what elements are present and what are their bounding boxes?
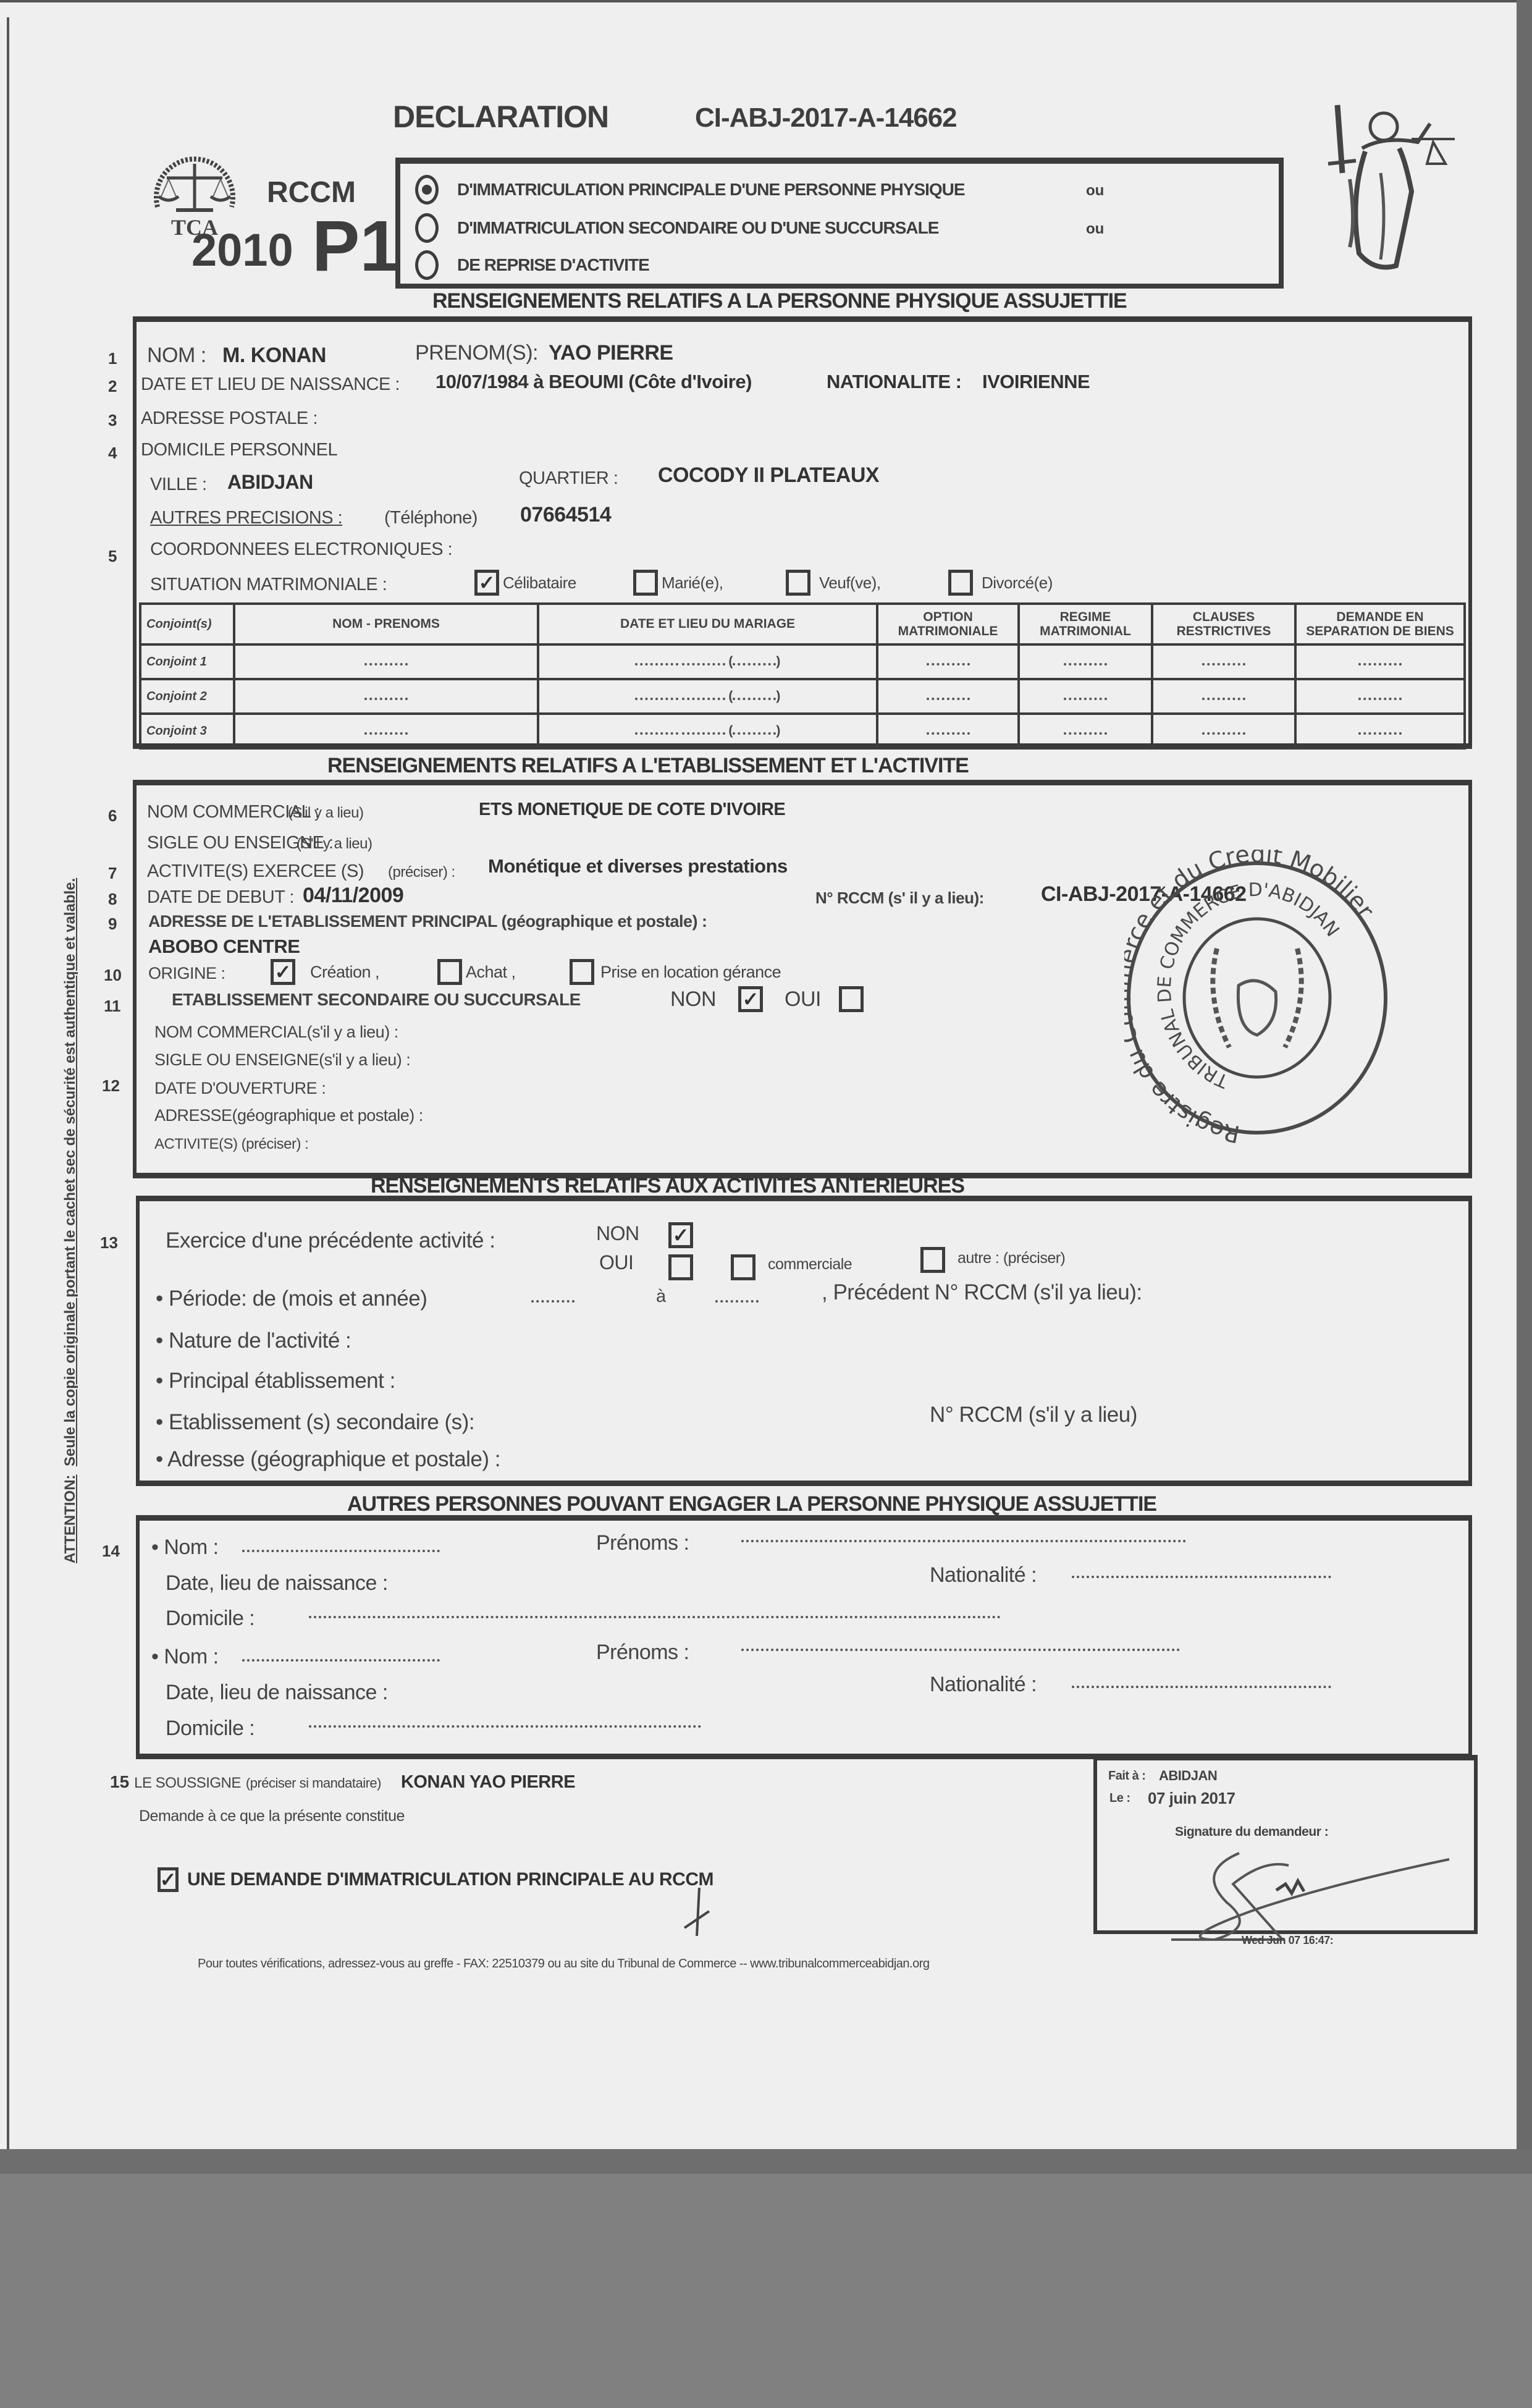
le-label: Le :	[1109, 1791, 1130, 1806]
prenoms-label: PRENOM(S):	[415, 341, 538, 365]
telephone-value: 07664514	[520, 503, 611, 527]
ville-label: VILLE :	[150, 475, 207, 495]
personne1-nom-label: • Nom :	[151, 1536, 219, 1560]
option-secondaire[interactable]: D'IMMATRICULATION SECONDAIRE OU D'UNE SU…	[415, 213, 938, 243]
personne1-nationalite-label: Nationalité :	[930, 1563, 1037, 1587]
checkbox-empty-icon[interactable]	[948, 570, 973, 596]
checkbox-creation[interactable]: ✓ Création ,	[271, 959, 379, 985]
soussigne-label: LE SOUSSIGNE	[134, 1775, 241, 1792]
line-number: 7	[108, 864, 117, 883]
checkbox-celibataire[interactable]: ✓ Célibataire	[474, 570, 576, 596]
periode-label: • Période: de (mois et année)	[156, 1286, 427, 1311]
table-header-row: Conjoint(s) NOM - PRENOMS DATE ET LIEU D…	[140, 604, 1465, 644]
adresse-etablissement-label: ADRESSE DE L'ETABLISSEMENT PRINCIPAL (gé…	[148, 912, 707, 931]
scan-right-edge	[1517, 0, 1532, 2169]
radio-selected-icon[interactable]	[415, 175, 439, 205]
date-debut-value: 04/11/2009	[303, 884, 403, 908]
personne2-nationalite-label: Nationalité :	[930, 1673, 1037, 1697]
exercice-label: Exercice d'une précédente activité :	[166, 1228, 495, 1253]
checkbox-empty-icon[interactable]	[437, 959, 462, 985]
demande-label: Demande à ce que la présente constitue	[139, 1807, 405, 1825]
naissance-value: 10/07/1984 à BEOUMI (Côte d'Ivoire)	[436, 371, 752, 393]
option-ou: ou	[1086, 221, 1104, 238]
commerciale-label: commerciale	[768, 1256, 852, 1274]
precedent-rccm-label: , Précédent N° RCCM (s'il ya lieu):	[822, 1280, 1142, 1305]
scan-top-edge	[0, 0, 1532, 2]
personne2-nom-label: • Nom :	[151, 1645, 219, 1669]
nationalite-value: IVOIRIENNE	[982, 371, 1090, 393]
secondaire-anterieur-label: • Etablissement (s) secondaire (s):	[156, 1410, 474, 1435]
soussigne-row: 15 LE SOUSSIGNE (préciser si mandataire)…	[110, 1772, 575, 1793]
sec-nom-commercial-label: NOM COMMERCIAL(s'il y a lieu) :	[154, 1023, 398, 1042]
sec-sigle-label: SIGLE OU ENSEIGNE(s'il y a lieu) :	[154, 1050, 410, 1070]
periode-to-blank	[715, 1300, 759, 1303]
form-year: 2010	[192, 224, 293, 276]
activite-value: Monétique et diverses prestations	[488, 855, 788, 877]
personne2-prenoms-blank	[741, 1649, 1180, 1651]
scan-left-edge	[7, 17, 9, 2149]
svg-text:TRIBUNAL DE COMMERCE D'ABIDJAN: TRIBUNAL DE COMMERCE D'ABIDJAN	[1154, 879, 1344, 1092]
periode-a-label: à	[656, 1286, 666, 1307]
table-row: Conjoint 1 ()	[140, 644, 1465, 679]
personne2-prenoms-label: Prénoms :	[596, 1641, 689, 1665]
checkbox-checked-icon[interactable]: ✓	[474, 570, 499, 596]
personne2-nationalite-blank	[1072, 1686, 1331, 1688]
sec-activite-label: ACTIVITE(S) (préciser) :	[154, 1136, 308, 1153]
section-heading-etablissement: RENSEIGNEMENTS RELATIFS A L'ETABLISSEMEN…	[327, 754, 969, 778]
checkbox-secondaire-oui[interactable]	[839, 986, 864, 1012]
personne1-domicile-blank	[309, 1616, 1001, 1618]
line-number: 8	[108, 890, 117, 909]
section-heading-autres-personnes: AUTRES PERSONNES POUVANT ENGAGER LA PERS…	[347, 1492, 1156, 1516]
document-page: DECLARATION CI-ABJ-2017-A-14662 TCA RCCM…	[0, 0, 1517, 2169]
spouse-table: Conjoint(s) NOM - PRENOMS DATE ET LIEU D…	[139, 602, 1466, 750]
checkbox-divorce[interactable]: Divorcé(e)	[948, 570, 1053, 596]
nom-value: M. KONAN	[222, 344, 326, 368]
signature-timestamp: Wed Jun 07 16:47:	[1242, 1934, 1333, 1947]
anterieure-oui-label: OUI	[599, 1251, 633, 1274]
sigle-hint: (S'il y a lieu)	[297, 835, 372, 853]
section-heading-personne: RENSEIGNEMENTS RELATIFS A LA PERSONNE PH…	[432, 289, 1127, 313]
matrimoniale-label: SITUATION MATRIMONIALE :	[150, 575, 387, 595]
nature-label: • Nature de l'activité :	[156, 1329, 351, 1353]
nationalite-label: NATIONALITE :	[827, 371, 962, 393]
electroniques-label: COORDONNEES ELECTRONIQUES :	[150, 539, 452, 560]
sec-date-ouverture-label: DATE D'OUVERTURE :	[154, 1079, 326, 1098]
personne1-naissance-label: Date, lieu de naissance :	[166, 1571, 388, 1595]
adresse-anterieure-label: • Adresse (géographique et postale) :	[156, 1447, 500, 1472]
line-number: 2	[108, 377, 117, 396]
footer-note: Pour toutes vérifications, adressez-vous…	[198, 1957, 930, 1971]
checkbox-checked-icon[interactable]: ✓	[158, 1867, 179, 1892]
autre-label: autre : (préciser)	[958, 1249, 1065, 1267]
quartier-value: COCODY II PLATEAUX	[658, 463, 879, 488]
adresse-postale-label: ADRESSE POSTALE :	[141, 408, 318, 429]
line-number: 11	[104, 997, 121, 1016]
checkbox-empty-icon[interactable]	[633, 570, 658, 596]
checkbox-veuf[interactable]: Veuf(ve),	[786, 570, 881, 596]
personne1-prenoms-blank	[741, 1540, 1186, 1542]
document-reference: CI-ABJ-2017-A-14662	[695, 103, 957, 133]
personne1-nationalite-blank	[1072, 1576, 1331, 1578]
date-debut-label: DATE DE DEBUT :	[147, 887, 294, 908]
lady-justice-icon	[1313, 99, 1455, 278]
naissance-label: DATE ET LIEU DE NAISSANCE :	[141, 374, 400, 395]
personne1-domicile-label: Domicile :	[166, 1607, 255, 1631]
table-row: Conjoint 2 ()	[140, 679, 1465, 714]
line-number: 1	[108, 349, 117, 368]
adresse-etablissement-value: ABOBO CENTRE	[148, 936, 300, 958]
checkbox-secondaire-non[interactable]: ✓	[738, 986, 763, 1012]
option-principale[interactable]: D'IMMATRICULATION PRINCIPALE D'UNE PERSO…	[415, 175, 965, 205]
line-number: 10	[104, 966, 122, 985]
checkbox-autre[interactable]	[920, 1247, 945, 1273]
soussigne-hint: (préciser si mandataire)	[246, 1775, 381, 1791]
nom-commercial-value: ETS MONETIQUE DE COTE D'IVOIRE	[479, 800, 785, 820]
checkbox-anterieure-oui[interactable]	[668, 1254, 693, 1280]
tribunal-stamp-icon: Registre du Commerce et du Crédit Mobili…	[1124, 850, 1390, 1146]
activite-hint: (préciser) :	[388, 864, 455, 881]
quartier-label: QUARTIER :	[519, 468, 618, 489]
activite-label: ACTIVITE(S) EXERCEE (S)	[147, 861, 364, 882]
line-number: 6	[108, 806, 117, 826]
origine-label: ORIGINE :	[148, 964, 225, 983]
form-code: P1	[312, 210, 400, 282]
secondaire-non-label: NON	[670, 987, 716, 1012]
le-value: 07 juin 2017	[1148, 1789, 1235, 1808]
secondaire-label: ETABLISSEMENT SECONDAIRE OU SUCCURSALE	[172, 990, 581, 1010]
nom-commercial-hint: (S'il y a lieu)	[288, 805, 363, 822]
soussigne-value: KONAN YAO PIERRE	[401, 1772, 575, 1793]
scan-bottom-band	[0, 2149, 1532, 2174]
line-number: 13	[100, 1233, 118, 1253]
prenoms-value: YAO PIERRE	[549, 341, 673, 365]
checkbox-marie[interactable]: Marié(e),	[633, 570, 723, 596]
table-row: Conjoint 3 ()	[140, 714, 1465, 748]
declaration-type-box: D'IMMATRICULATION PRINCIPALE D'UNE PERSO…	[395, 158, 1284, 289]
rccm-anterieur-label: N° RCCM (s'il y a lieu)	[930, 1403, 1137, 1427]
principal-label: • Principal établissement :	[156, 1369, 395, 1393]
line-number: 3	[108, 411, 117, 430]
personne2-nom-blank	[242, 1659, 440, 1662]
autres-precisions-label: AUTRES PRECISIONS :	[150, 508, 342, 528]
option-reprise[interactable]: DE REPRISE D'ACTIVITE	[415, 250, 649, 280]
line-number: 14	[102, 1542, 120, 1561]
checkbox-anterieure-non[interactable]: ✓	[668, 1222, 693, 1248]
checkbox-location-gerance[interactable]: Prise en location gérance	[570, 959, 781, 985]
fait-label: Fait à :	[1108, 1769, 1145, 1783]
anterieure-non-label: NON	[596, 1222, 639, 1245]
checkbox-demande-immatriculation[interactable]: ✓ UNE DEMANDE D'IMMATRICULATION PRINCIPA…	[158, 1867, 713, 1892]
checkbox-commerciale[interactable]	[731, 1254, 755, 1280]
nom-label: NOM :	[147, 344, 206, 368]
ville-value: ABIDJAN	[227, 471, 313, 494]
line-number: 12	[102, 1076, 120, 1096]
secondaire-oui-label: OUI	[785, 987, 821, 1012]
checkbox-checked-icon[interactable]: ✓	[271, 959, 295, 985]
personne2-domicile-label: Domicile :	[166, 1717, 255, 1741]
signature-box: Fait à : ABIDJAN Le : 07 juin 2017 Signa…	[1093, 1755, 1478, 1934]
initials-mark-icon	[680, 1888, 717, 1937]
line-number: 5	[108, 547, 117, 566]
signature-label: Signature du demandeur :	[1175, 1825, 1328, 1840]
personne1-prenoms-label: Prénoms :	[596, 1531, 689, 1555]
sec-adresse-label: ADRESSE(géographique et postale) :	[154, 1106, 423, 1125]
signature-scribble-icon	[1159, 1847, 1455, 1946]
periode-from-blank	[531, 1300, 574, 1303]
radio-empty-icon[interactable]	[415, 213, 439, 243]
checkbox-empty-icon[interactable]	[786, 570, 810, 596]
rccm-label: N° RCCM (s' il y a lieu):	[815, 889, 984, 908]
telephone-label: (Téléphone)	[384, 508, 478, 528]
personne1-nom-blank	[242, 1550, 440, 1552]
personne2-domicile-blank	[309, 1725, 701, 1728]
line-number: 4	[108, 444, 117, 463]
line-number: 9	[108, 915, 117, 934]
checkbox-empty-icon[interactable]	[570, 959, 594, 985]
form-label: RCCM	[267, 175, 356, 209]
checkbox-achat[interactable]: Achat ,	[437, 959, 516, 985]
document-title: DECLARATION	[393, 99, 608, 135]
radio-empty-icon[interactable]	[415, 250, 439, 280]
option-ou: ou	[1086, 182, 1104, 200]
personne2-naissance-label: Date, lieu de naissance :	[166, 1681, 388, 1705]
section-heading-anterieures: RENSEIGNEMENTS RELATIFS AUX ACTIVITES AN…	[371, 1174, 964, 1198]
fait-value: ABIDJAN	[1159, 1768, 1217, 1784]
attention-margin-note: ATTENTION: Seule la copie originale port…	[62, 878, 79, 1563]
domicile-label: DOMICILE PERSONNEL	[141, 440, 337, 460]
